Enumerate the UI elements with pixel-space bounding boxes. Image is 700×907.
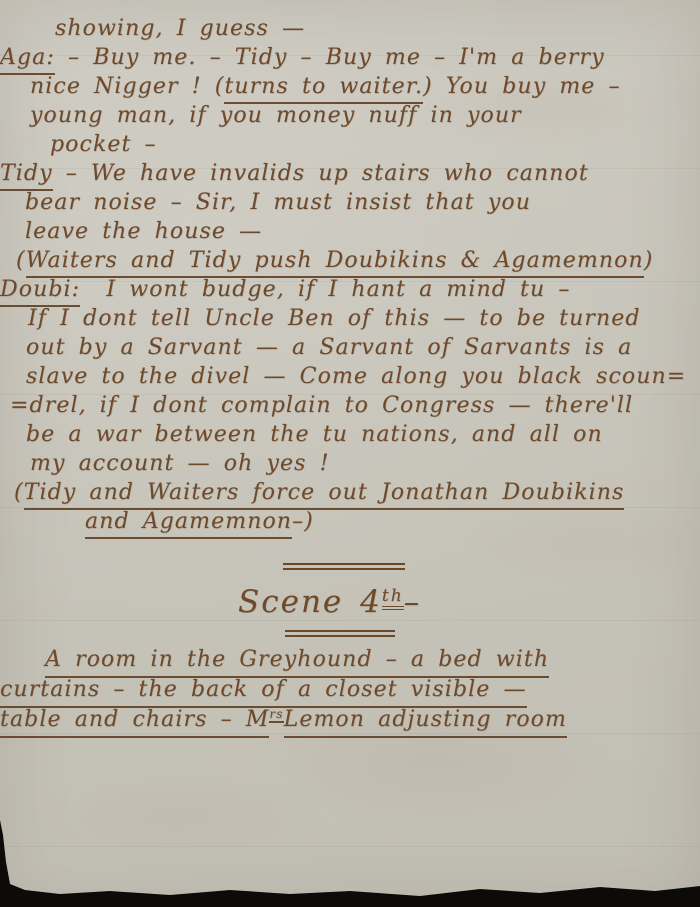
text-segment: showing, I guess — — [55, 14, 305, 43]
stage-direction: (Tidy and Waiters force out Jonathan Dou… — [0, 478, 700, 507]
dialogue-line: my account — oh yes ! — [0, 449, 700, 478]
text-segment: ) You buy me – — [423, 72, 621, 101]
paper-sheet: showing, I guess —Aga: – Buy me. – Tidy … — [0, 0, 700, 907]
manuscript-text: showing, I guess —Aga: – Buy me. – Tidy … — [0, 14, 700, 735]
text-segment: nice Nigger ! ( — [30, 72, 224, 101]
text-segment: leave the house — — [25, 217, 262, 246]
text-segment: bear noise – Sir, I must insist that you — [25, 188, 531, 217]
text-segment: I wont budge, if I hant a mind tu – — [80, 275, 570, 304]
dialogue-line: young man, if you money nuff in your — [0, 101, 700, 130]
dialogue-line: Aga: – Buy me. – Tidy – Buy me – I'm a b… — [0, 43, 700, 72]
speaker-label: Doubi: — [0, 275, 80, 307]
scene-divider-rule — [283, 563, 405, 570]
text-segment: Waiters and Tidy push Doubikins & Agamem… — [26, 246, 644, 278]
dialogue-line: bear noise – Sir, I must insist that you — [0, 188, 700, 217]
text-segment: out by a Sarvant — a Sarvant of Sarvants… — [26, 333, 632, 362]
dialogue-line: slave to the divel — Come along you blac… — [0, 362, 700, 391]
speaker-label: Tidy — [0, 159, 53, 191]
dialogue-line: leave the house — — [0, 217, 700, 246]
text-segment: If I dont tell Uncle Ben of this — to be… — [28, 304, 641, 333]
scene-divider-rule — [285, 630, 395, 637]
text-segment: turns to waiter. — [224, 72, 423, 104]
dialogue-line: nice Nigger ! (turns to waiter.) You buy… — [0, 72, 700, 101]
dialogue-line: out by a Sarvant — a Sarvant of Sarvants… — [0, 333, 700, 362]
text-segment: ( — [16, 246, 26, 275]
scene-description: table and chairs – Mrs Lemon adjusting r… — [0, 705, 700, 735]
manuscript-page: showing, I guess —Aga: – Buy me. – Tidy … — [0, 0, 700, 907]
text-segment: and Agamemnon — [85, 507, 292, 539]
text-segment: young man, if you money nuff in your — [30, 101, 522, 130]
text-segment: –) — [292, 507, 314, 536]
dialogue-line: Doubi: I wont budge, if I hant a mind tu… — [0, 275, 700, 304]
dialogue-line: pocket – — [0, 130, 700, 159]
text-segment: table and chairs – M — [0, 705, 269, 738]
text-segment: th — [382, 588, 404, 610]
text-segment: – Buy me. – Tidy – Buy me – I'm a berry — [55, 43, 605, 72]
text-segment: Lemon adjusting room — [284, 705, 567, 738]
text-segment: Tidy and Waiters force out Jonathan Doub… — [24, 478, 625, 510]
stage-direction: and Agamemnon –) — [0, 507, 700, 536]
text-segment: rs — [269, 708, 283, 723]
scene-description: A room in the Greyhound – a bed with — [0, 645, 700, 675]
dialogue-line: =drel, if I dont complain to Congress — … — [0, 391, 700, 420]
dialogue-line: Tidy – We have invalids up stairs who ca… — [0, 159, 700, 188]
scene-description: curtains – the back of a closet visible … — [0, 675, 700, 705]
text-segment: – — [404, 580, 422, 624]
text-segment: A room in the Greyhound – a bed with — [45, 645, 549, 678]
text-segment: – We have invalids up stairs who cannot — [53, 159, 589, 188]
text-segment: =drel, if I dont complain to Congress — … — [10, 391, 633, 420]
text-segment: my account — oh yes ! — [30, 449, 330, 478]
dialogue-line: If I dont tell Uncle Ben of this — to be… — [0, 304, 700, 333]
dialogue-line: be a war between the tu nations, and all… — [0, 420, 700, 449]
text-segment: ( — [14, 478, 24, 507]
text-segment: ) — [644, 246, 654, 275]
stage-direction: (Waiters and Tidy push Doubikins & Agame… — [0, 246, 700, 275]
text-segment: be a war between the tu nations, and all… — [26, 420, 603, 449]
speaker-label: Aga: — [0, 43, 55, 75]
dialogue-line: showing, I guess — — [0, 14, 700, 43]
text-segment: Scene 4 — [238, 580, 382, 624]
scene-heading: Scene 4th – — [0, 580, 700, 624]
text-segment: pocket – — [50, 130, 157, 159]
text-segment: slave to the divel — Come along you blac… — [26, 362, 686, 391]
text-segment: curtains – the back of a closet visible … — [0, 675, 527, 708]
